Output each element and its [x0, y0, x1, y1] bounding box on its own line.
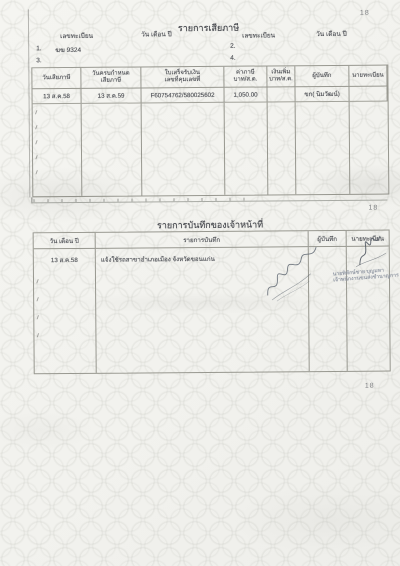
- header-line: บาท/ส.ต.: [269, 76, 293, 83]
- header-line: เงินเพิ่ม: [271, 69, 290, 76]
- tax-section-header: รายการเสียภาษี: [31, 17, 386, 38]
- header-line: ผู้บันทึก: [312, 72, 331, 79]
- cell-tax-date: 13 ส.ค.58: [32, 89, 81, 104]
- cell-surcharge: [267, 87, 295, 102]
- record-date-cell: 13 ส.ค.58: [34, 249, 97, 373]
- header-line: เลขที่คุมเลขที่: [165, 77, 201, 84]
- faint-row-marks: [37, 279, 41, 337]
- cell-registrar: [349, 87, 387, 102]
- official-section-title: รายการบันทึกของเจ้าหน้าที่: [157, 220, 263, 231]
- record-text-cell: แจ้งใช้รถสาขาอำเภอเมือง จังหวัดขอนแก่น: [96, 247, 310, 373]
- header-line: นายทะเบียน: [352, 72, 384, 79]
- page-number-top: 18: [360, 10, 370, 17]
- date-label-2: วัน เดือน ปี: [316, 29, 347, 39]
- empty-body-cell: [268, 102, 297, 194]
- column-header-registrar: นายทะเบียน: [349, 66, 387, 87]
- page-number-middle: 18: [368, 205, 378, 212]
- faint-row-marks: [36, 110, 41, 174]
- empty-body-cell: [296, 102, 351, 194]
- column-header-record: รายการบันทึก: [96, 231, 309, 249]
- cell-recorder: ขก( นิมวัฒน์): [295, 87, 349, 102]
- empty-body-cell: [142, 103, 226, 196]
- tax-section-title: รายการเสียภาษี: [178, 23, 239, 33]
- handwritten-signature-recorder: [250, 236, 334, 306]
- registration-number-label-2: เลขทะเบียน: [242, 30, 275, 40]
- empty-body-cell: [82, 103, 143, 195]
- registrar-signature-cell: นายพิทักษ์ชาย บุญมหา เจ้าพนักงานขนส่งชำน…: [347, 247, 390, 371]
- cell-tax-amount: 1,050.00: [224, 87, 267, 102]
- page-number-bottom: 18: [365, 383, 375, 390]
- recorder-signature-cell: [309, 247, 348, 371]
- column-header-tax-date: วันเสียภาษี: [32, 68, 81, 89]
- cell-due-date: 13 ส.ค.59: [81, 88, 141, 103]
- registrar-stamp-name: นายพิทักษ์ชาย บุญมหา: [333, 266, 400, 278]
- header-line: บาท/ส.ต.: [234, 77, 258, 84]
- registration-number-label-1: เลขทะเบียน: [60, 31, 93, 41]
- header-line: ใบเสร็จรับเงิน: [165, 70, 200, 77]
- column-header-registrar2: นายทะเบียน: [347, 231, 389, 247]
- registration-plate-value: ฆฆ 9324: [55, 45, 81, 55]
- column-header-surcharge: เงินเพิ่ม บาท/ส.ต.: [267, 66, 295, 87]
- registrar-stamp-title: เจ้าพนักงานขนส่งชำนาญการ: [333, 272, 400, 284]
- empty-body-cell: [350, 102, 389, 194]
- registrar-stamp: นายพิทักษ์ชาย บุญมหา เจ้าพนักงานขนส่งชำน…: [333, 266, 400, 284]
- header-line: เสียภาษี: [101, 78, 122, 85]
- record-date: 13 ส.ค.58: [34, 255, 95, 265]
- column-header-tax-amount: ค่าภาษี บาท/ส.ต.: [224, 66, 267, 87]
- column-header-recorder: ผู้บันทึก: [295, 66, 349, 87]
- entry-3-number: 3.: [36, 57, 41, 64]
- column-header-receipt-no: ใบเสร็จรับเงิน เลขที่คุมเลขที่: [141, 67, 224, 89]
- header-line: วันเสียภาษี: [42, 75, 70, 82]
- page-content: 18 รายการเสียภาษี เลขทะเบียน วัน เดือน ป…: [0, 0, 400, 566]
- date-label-1: วัน เดือน ปี: [141, 29, 172, 39]
- official-record-table: วัน เดือน ปี รายการบันทึก ผู้บันทึก นายท…: [33, 230, 391, 375]
- column-header-date: วัน เดือน ปี: [34, 233, 96, 249]
- page-fold-shadow: [28, 9, 30, 197]
- entry-1-number: 1.: [36, 45, 41, 52]
- scanned-paper-page: 18 รายการเสียภาษี เลขทะเบียน วัน เดือน ป…: [0, 0, 400, 566]
- empty-body-cell: [225, 102, 269, 194]
- header-line: วันครบกำหนด: [92, 71, 130, 78]
- tax-payment-table: วันเสียภาษี วันครบกำหนด เสียภาษี ใบเสร็จ…: [31, 65, 389, 198]
- entry-2-number: 2.: [230, 43, 235, 50]
- column-header-due-date: วันครบกำหนด เสียภาษี: [81, 67, 141, 88]
- record-text: แจ้งใช้รถสาขาอำเภอเมือง จังหวัดขอนแก่น: [101, 254, 215, 265]
- entry-4-number: 4.: [230, 55, 235, 62]
- empty-body-cell: [33, 104, 83, 196]
- handwritten-signature-registrar: [346, 229, 392, 271]
- column-header-recorder2: ผู้บันทึก: [309, 231, 347, 247]
- header-line: ค่าภาษี: [236, 70, 255, 77]
- official-section-header: รายการบันทึกของเจ้าหน้าที่: [32, 214, 387, 235]
- cell-receipt-no: F60754762/580025602: [141, 88, 224, 104]
- perforation-line: [31, 197, 387, 204]
